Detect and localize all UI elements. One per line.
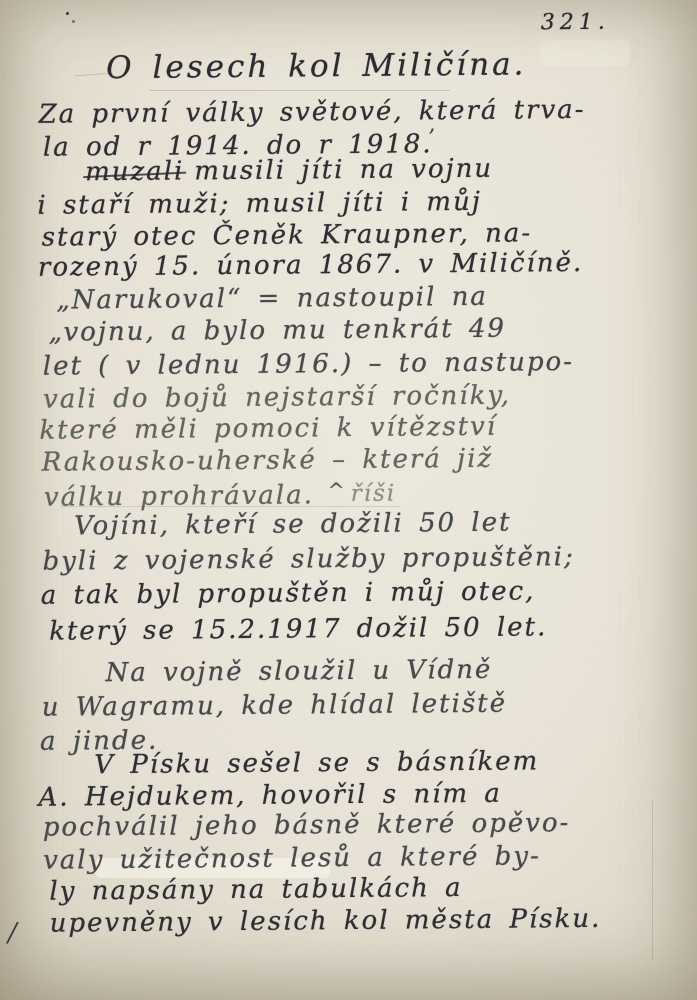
line-text: válku prohrávala.	[44, 480, 314, 512]
handwritten-line: valy užitečnost lesů a které by-	[43, 841, 541, 875]
handwritten-line: u Wagramu, kde hlídal letiště	[42, 689, 508, 723]
handwritten-line: který se 15.2.1917 dožil 50 let.	[49, 612, 547, 646]
handwritten-line: pochválil jeho básně které opěvo-	[43, 808, 571, 843]
struck-word: muzali	[85, 156, 184, 187]
handwritten-line: Za první války světové, která trva-	[38, 95, 585, 130]
manuscript-page: / ’ 321. O lesech kol Miličína. Za první…	[0, 0, 697, 1000]
handwritten-line: muzalimusili jíti na vojnu	[85, 154, 493, 188]
page-number: 321.	[541, 10, 610, 36]
handwritten-line: a tak byl propuštěn i můj otec,	[41, 576, 536, 610]
handwritten-line: i staří muži; musil jíti i můj	[37, 187, 482, 221]
handwritten-line: Na vojně sloužil u Vídně	[105, 655, 492, 688]
handwritten-line: ly napsány na tabulkách a	[49, 873, 462, 907]
inserted-word: říši	[351, 481, 397, 507]
handwritten-line: starý otec Čeněk Kraupner, na-	[42, 218, 533, 252]
insert-caret: ^	[328, 478, 347, 502]
line-text: musili jíti na vojnu	[194, 154, 493, 187]
handwritten-line: „vojnu, a bylo mu tenkrát 49	[48, 314, 506, 348]
handwritten-line: V Písku sešel se s básníkem	[94, 746, 539, 780]
handwritten-line: válku prohrávala.^říši	[44, 478, 397, 513]
handwritten-line: rozený 15. února 1867. v Miličíně.	[38, 248, 584, 283]
handwritten-line: A. Hejdukem, hovořil s ním a	[38, 779, 502, 813]
handwritten-line: vali do bojů nejstarší ročníky,	[43, 381, 511, 415]
handwritten-line: „Narukoval“ = nastoupil na	[56, 282, 488, 316]
handwritten-line: byli z vojenské služby propuštěni;	[42, 542, 575, 577]
page-title: O lesech kol Miličína.	[106, 46, 527, 86]
handwritten-line: Rakousko-uherské – která již	[42, 444, 494, 478]
handwritten-line: let ( v lednu 1916.) – to nastupo-	[43, 347, 574, 382]
handwritten-line: upevněny v lesích kol města Písku.	[50, 904, 602, 939]
handwritten-line: Vojíni, kteří se dožili 50 let	[74, 508, 512, 542]
handwritten-line: které měli pomoci k vítězství	[39, 412, 497, 446]
